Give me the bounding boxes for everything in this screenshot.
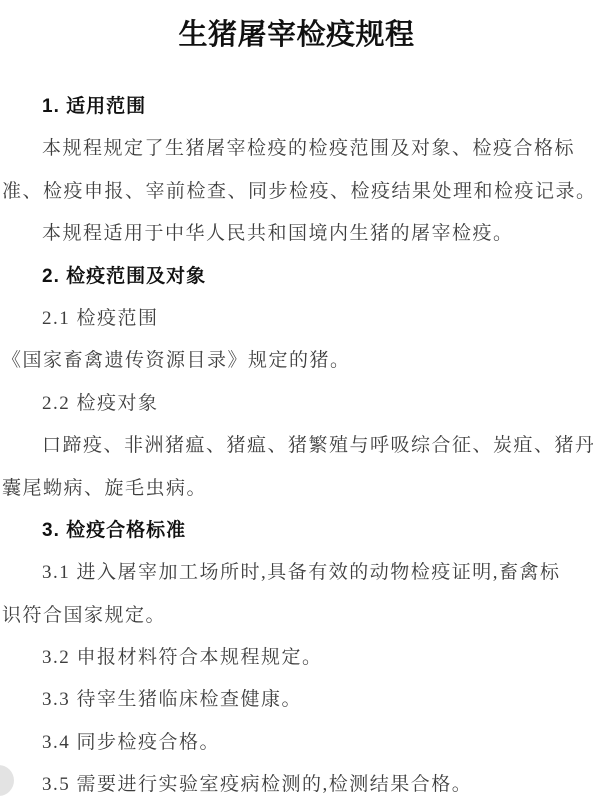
document-line: 3.3 待宰生猪临床检查健康。 xyxy=(2,679,591,721)
document-line: 3.5 需要进行实验室疫病检测的,检测结果合格。 xyxy=(2,764,591,806)
document-body: 1. 适用范围本规程规定了生猪屠宰检疫的检疫范围及对象、检疫合格标准、检疫申报、… xyxy=(0,86,593,807)
document-page: 生猪屠宰检疫规程 1. 适用范围本规程规定了生猪屠宰检疫的检疫范围及对象、检疫合… xyxy=(0,0,593,807)
document-title: 生猪屠宰检疫规程 xyxy=(0,14,593,56)
document-line: 2.2 检疫对象 xyxy=(2,383,591,425)
document-line: 囊尾蚴病、旋毛虫病。 xyxy=(2,468,591,510)
document-line: 口蹄疫、非洲猪瘟、猪瘟、猪繁殖与呼吸综合征、炭疽、猪丹毒、 xyxy=(2,425,591,467)
document-line: 本规程适用于中华人民共和国境内生猪的屠宰检疫。 xyxy=(2,213,591,255)
document-line: 3.1 进入屠宰加工场所时,具备有效的动物检疫证明,畜禽标 xyxy=(2,552,591,594)
document-line: 识符合国家规定。 xyxy=(2,595,591,637)
document-line: 3.4 同步检疫合格。 xyxy=(2,722,591,764)
document-line: 2.1 检疫范围 xyxy=(2,298,591,340)
section-heading: 2. 检疫范围及对象 xyxy=(2,256,591,298)
document-line: 《国家畜禽遗传资源目录》规定的猪。 xyxy=(2,340,591,382)
document-line: 本规程规定了生猪屠宰检疫的检疫范围及对象、检疫合格标 xyxy=(2,128,591,170)
document-line: 3.2 申报材料符合本规程规定。 xyxy=(2,637,591,679)
document-line: 准、检疫申报、宰前检查、同步检疫、检疫结果处理和检疫记录。 xyxy=(2,171,591,213)
section-heading: 3. 检疫合格标准 xyxy=(2,510,591,552)
section-heading: 1. 适用范围 xyxy=(2,86,591,128)
